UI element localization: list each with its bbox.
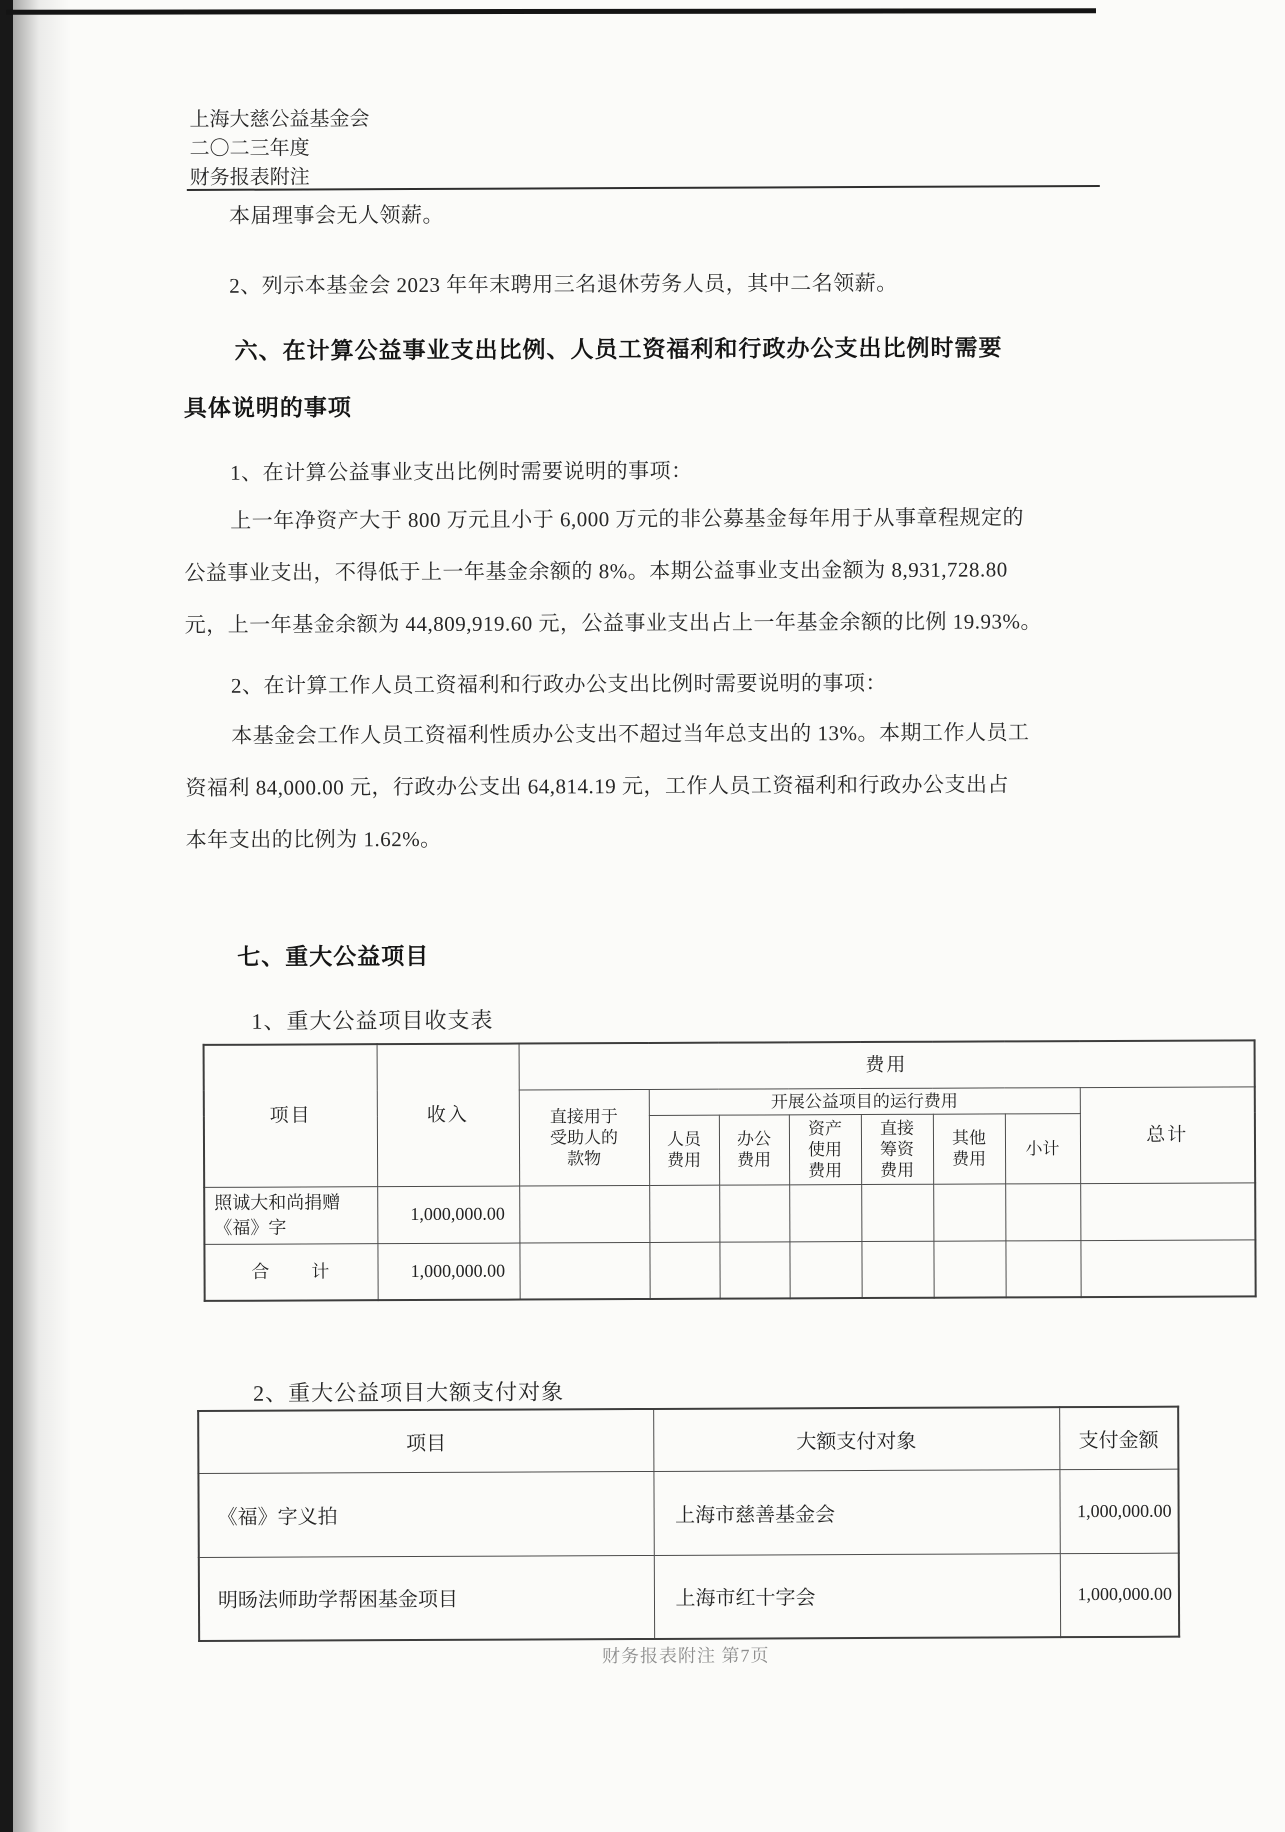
empty-cell: [719, 1184, 789, 1241]
table2-row1-payee: 上海市慈善基金会: [653, 1469, 1059, 1555]
table1-col-income: 收入: [377, 1044, 520, 1187]
table1-row2-income: 1,000,000.00: [377, 1243, 519, 1301]
table1-col-office: 办公 费用: [719, 1114, 789, 1184]
table1-col-expense-group: 费用: [519, 1040, 1255, 1089]
empty-cell: [861, 1184, 933, 1241]
table1-col-subtotal: 小计: [1005, 1113, 1080, 1183]
table1-row-donation: 照诚大和尚捐赠 《福》字 1,000,000.00: [204, 1182, 1255, 1244]
section6-item2-line2: 资福利 84,000.00 元，行政办公支出 64,814.19 元，工作人员工…: [185, 768, 1009, 802]
page-content: 上海大慈公益基金会 二〇二三年度 财务报表附注 本届理事会无人领薪。 2、列示本…: [0, 0, 1285, 1832]
empty-cell: [649, 1185, 719, 1242]
empty-cell: [861, 1241, 933, 1298]
section7-title: 七、重大公益项目: [237, 938, 429, 972]
scanned-document-page: 上海大慈公益基金会 二〇二三年度 财务报表附注 本届理事会无人领薪。 2、列示本…: [0, 0, 1285, 1832]
table1-col-project: 项目: [204, 1044, 378, 1187]
table1-row-total: 合 计 1,000,000.00: [204, 1239, 1255, 1301]
para-retired-staff: 2、列示本基金会 2023 年年末聘用三名退休劳务人员，其中二名领薪。: [229, 267, 898, 300]
section6-item2-heading: 2、在计算工作人员工资福利和行政办公支出比例时需要说明的事项：: [231, 667, 887, 700]
table2-row1-project: 《福》字义拍: [198, 1471, 653, 1557]
section6-title-line1: 六、在计算公益事业支出比例、人员工资福利和行政办公支出比例时需要: [234, 329, 1002, 365]
section6-title-line2: 具体说明的事项: [184, 389, 352, 423]
section6-item1-line2: 公益事业支出，不得低于上一年基金余额的 8%。本期公益事业支出金额为 8,931…: [184, 553, 1007, 587]
table2-row1-amount: 1,000,000.00: [1059, 1469, 1178, 1554]
empty-cell: [1080, 1239, 1255, 1297]
empty-cell: [933, 1183, 1005, 1240]
table2-header-row: 项目 大额支付对象 支付金额: [198, 1407, 1178, 1473]
table1-col-asset-use: 资产 使用 费用: [789, 1114, 861, 1184]
table1-col-total: 总计: [1080, 1086, 1255, 1183]
empty-cell: [519, 1242, 649, 1300]
table1-row2-project: 合 计: [204, 1243, 377, 1301]
table2-col-project: 项目: [198, 1409, 653, 1473]
major-project-income-expense-table: 项目 收入 费用 直接用于 受助人的 款物 开展公益项目的运行费用 总计 人员 …: [203, 1039, 1257, 1302]
table1-col-direct-goods: 直接用于 受助人的 款物: [519, 1089, 649, 1186]
empty-cell: [789, 1184, 861, 1241]
table2-row-fu-auction: 《福》字义拍 上海市慈善基金会 1,000,000.00: [198, 1469, 1178, 1557]
empty-cell: [1005, 1183, 1080, 1240]
table2-col-payee: 大额支付对象: [653, 1407, 1059, 1471]
table2-row2-amount: 1,000,000.00: [1060, 1553, 1179, 1638]
table1-row1-income: 1,000,000.00: [377, 1186, 519, 1244]
table2-row2-project: 明旸法师助学帮困基金项目: [199, 1555, 654, 1641]
empty-cell: [519, 1185, 649, 1243]
empty-cell: [649, 1242, 719, 1299]
section6-item2-line3: 本年支出的比例为 1.62%。: [186, 823, 442, 854]
empty-cell: [1005, 1240, 1080, 1297]
table1-col-fundraising: 直接 筹资 费用: [861, 1114, 933, 1184]
page-footer: 财务报表附注 第7页: [83, 1639, 1285, 1670]
table2-col-amount: 支付金额: [1059, 1407, 1178, 1470]
empty-cell: [1080, 1182, 1255, 1240]
scan-left-shadow: [13, 0, 71, 1832]
section7-sub2-title: 2、重大公益项目大额支付对象: [253, 1375, 564, 1407]
table1-col-operating-group: 开展公益项目的运行费用: [649, 1087, 1080, 1115]
section6-item1-heading: 1、在计算公益事业支出比例时需要说明的事项：: [230, 455, 693, 487]
table2-row2-payee: 上海市红十字会: [654, 1553, 1060, 1639]
table1-row1-project: 照诚大和尚捐赠 《福》字: [204, 1186, 377, 1244]
document-header: 上海大慈公益基金会 二〇二三年度 财务报表附注: [189, 105, 369, 193]
table2-row-mingyang-fund: 明旸法师助学帮困基金项目 上海市红十字会 1,000,000.00: [199, 1553, 1179, 1641]
empty-cell: [719, 1241, 789, 1298]
section7-sub1-title: 1、重大公益项目收支表: [251, 1004, 493, 1036]
scan-left-edge: [0, 0, 13, 1832]
para-board-no-salary: 本届理事会无人领薪。: [229, 199, 444, 230]
section6-item2-line1: 本基金会工作人员工资福利性质办公支出不超过当年总支出的 13%。本期工作人员工: [231, 716, 1029, 749]
table1-col-other: 其他 费用: [933, 1113, 1005, 1183]
table1-col-personnel: 人员 费用: [649, 1115, 719, 1185]
fiscal-year: 二〇二三年度: [190, 134, 370, 164]
empty-cell: [789, 1241, 861, 1298]
section6-item1-line1: 上一年净资产大于 800 万元且小于 6,000 万元的非公募基金每年用于从事章…: [230, 501, 1024, 534]
table1-header-row1: 项目 收入 费用: [204, 1040, 1255, 1091]
empty-cell: [933, 1240, 1005, 1297]
section6-item1-line3: 元，上一年基金余额为 44,809,919.60 元，公益事业支出占上一年基金余…: [185, 605, 1042, 639]
org-name: 上海大慈公益基金会: [189, 105, 369, 135]
major-payment-recipients-table: 项目 大额支付对象 支付金额 《福》字义拍 上海市慈善基金会 1,000,000…: [197, 1406, 1180, 1642]
